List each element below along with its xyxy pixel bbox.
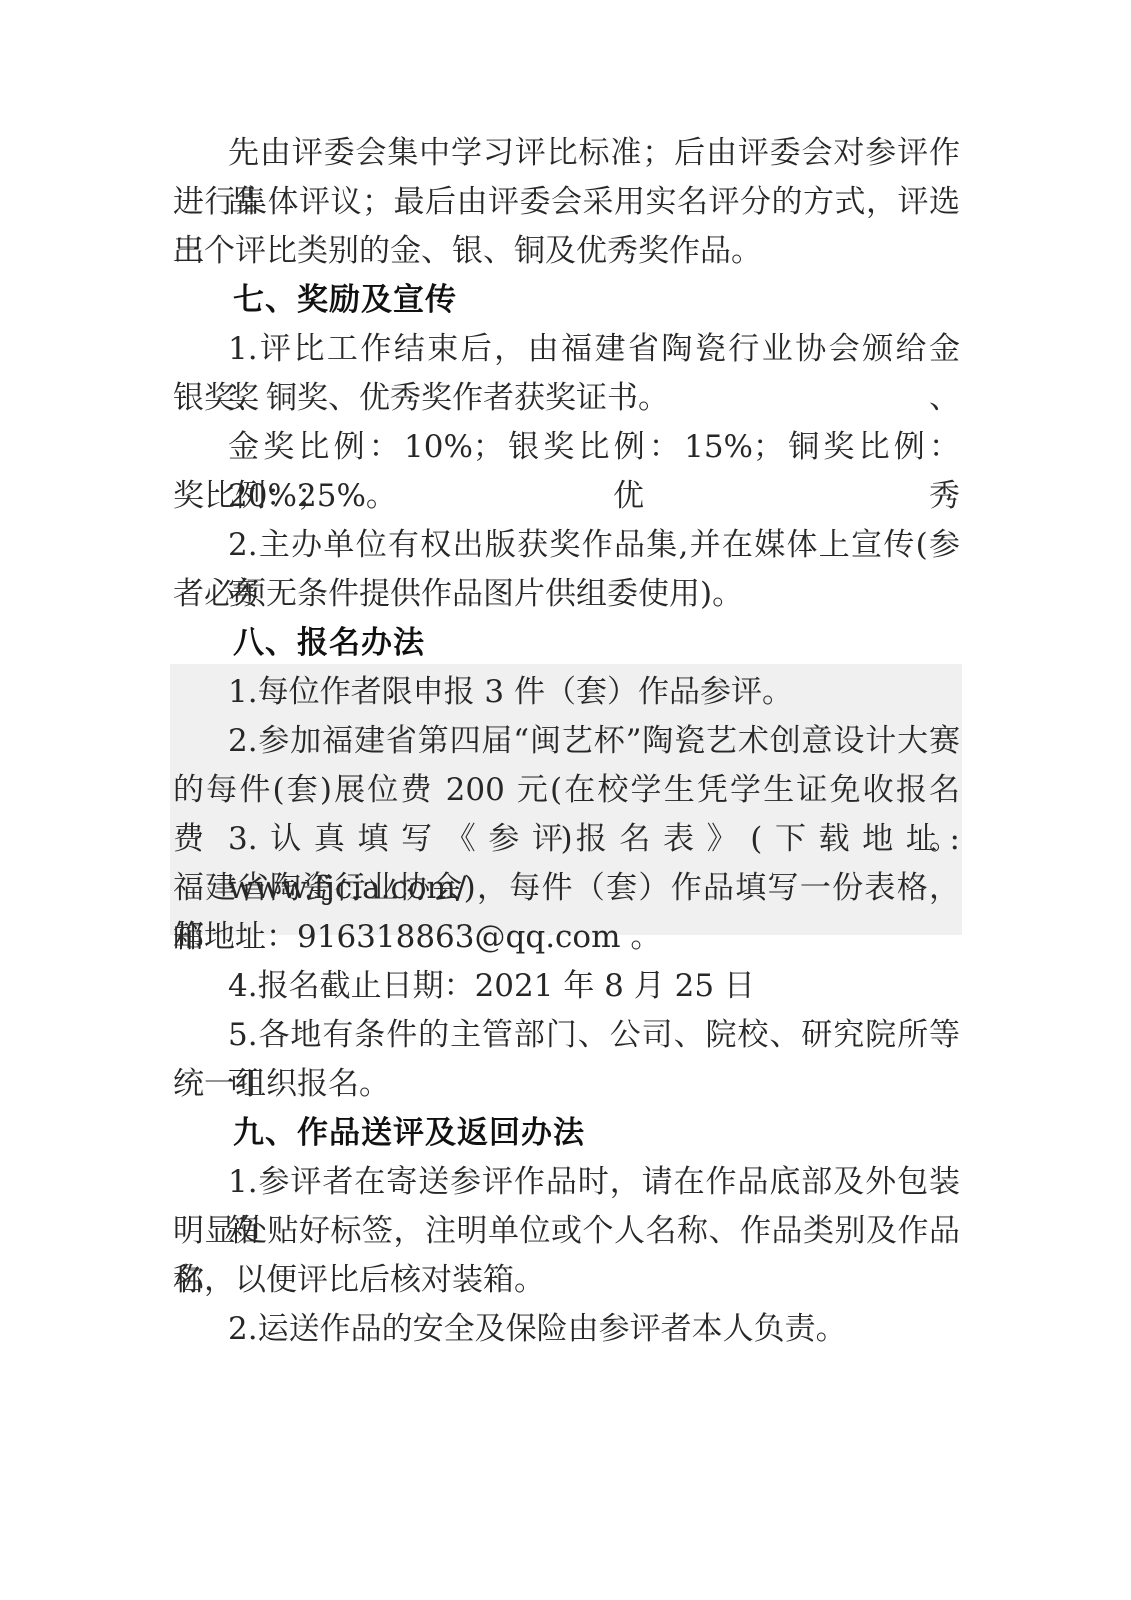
paragraph-line: 明显处贴好标签，注明单位或个人名称、作品类别及作品名 [173, 1207, 960, 1256]
paragraph-line: 5.各地有条件的主管部门、公司、院校、研究院所等可 [173, 1011, 960, 1060]
paragraph-line-deadline: 4.报名截止日期：2021 年 8 月 25 日 [173, 962, 960, 1011]
paragraph-line: 的每件(套)展位费 200 元(在校学生凭学生证免收报名费)。 [173, 766, 960, 815]
paragraph-line: 三个评比类别的金、银、铜及优秀奖作品。 [173, 227, 960, 276]
paragraph-line: 2.主办单位有权出版获奖作品集,并在媒体上宣传(参赛 [173, 521, 960, 570]
paragraph-line: 2.参加福建省第四届“闽艺杯”陶瓷艺术创意设计大赛 [173, 717, 960, 766]
section-heading-awards: 七、奖励及宣传 [173, 276, 960, 325]
document-page: 先由评委会集中学习评比标准；后由评委会对参评作品 进行集体评议；最后由评委会采用… [0, 0, 1131, 1600]
paragraph-line: 者必须无条件提供作品图片供组委使用)。 [173, 570, 960, 619]
paragraph-line: 进行集体评议；最后由评委会采用实名评分的方式，评选出 [173, 178, 960, 227]
document-body: 先由评委会集中学习评比标准；后由评委会对参评作品 进行集体评议；最后由评委会采用… [173, 129, 960, 1354]
paragraph-line: 统一组织报名。 [173, 1060, 960, 1109]
paragraph-line-email: 箱地址：916318863@qq.com 。 [173, 913, 960, 962]
section-heading-shipping: 九、作品送评及返回办法 [173, 1109, 960, 1158]
paragraph-line: 福建省陶瓷行业协会)，每件（套）作品填写一份表格，邮 [173, 864, 960, 913]
paragraph-line-award-ratios: 金奖比例：10%；银奖比例：15%；铜奖比例：20%；优秀 [173, 423, 960, 472]
paragraph-line: 1.评比工作结束后，由福建省陶瓷行业协会颁给金奖、 [173, 325, 960, 374]
paragraph-line: 称，以便评比后核对装箱。 [173, 1256, 960, 1305]
section-heading-registration: 八、报名办法 [173, 619, 960, 668]
paragraph-line: 1.参评者在寄送参评作品时，请在作品底部及外包装箱 [173, 1158, 960, 1207]
paragraph-line-website: 3.认真填写《参评报名表》(下载地址: www.fjcia.com/ [173, 815, 960, 864]
paragraph-line: 1.每位作者限申报 3 件（套）作品参评。 [173, 668, 960, 717]
paragraph-line: 2.运送作品的安全及保险由参评者本人负责。 [173, 1305, 960, 1354]
paragraph-line: 先由评委会集中学习评比标准；后由评委会对参评作品 [173, 129, 960, 178]
